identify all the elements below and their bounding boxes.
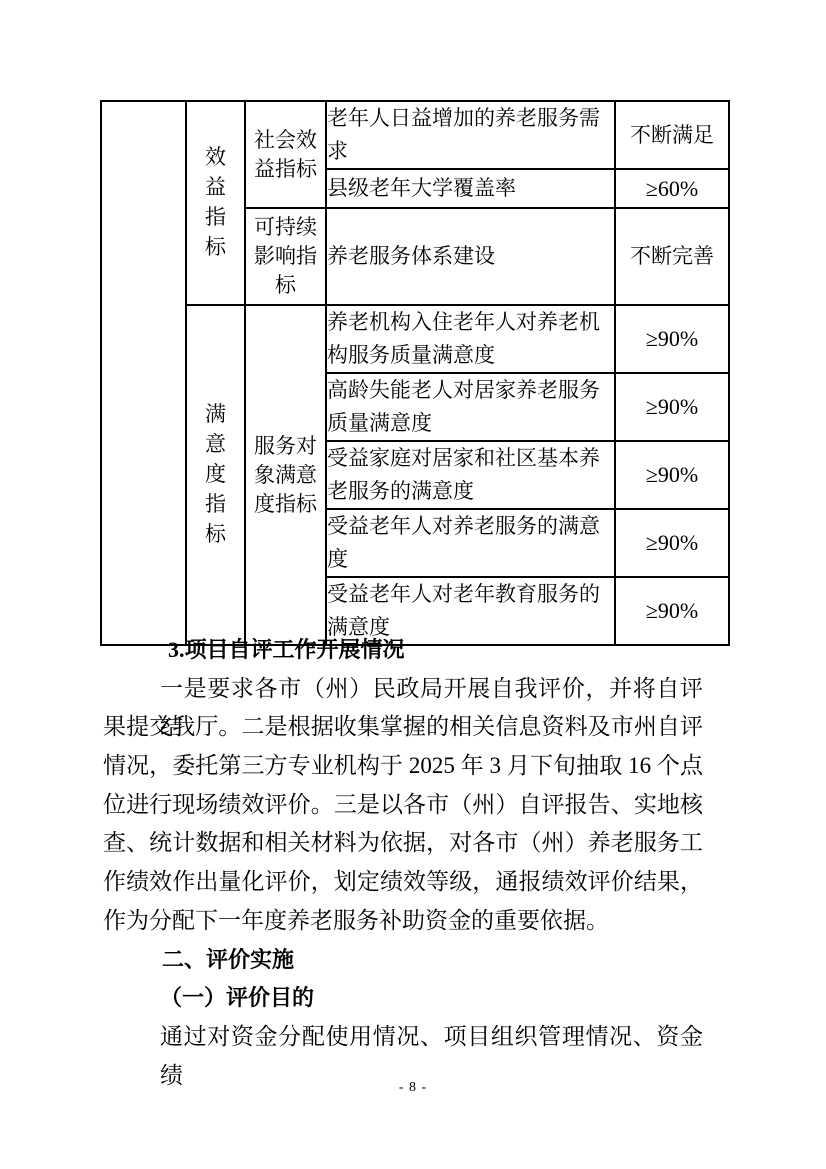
paragraph-line: 作绩效作出量化评价，划定绩效等级，通报绩效评价结果， xyxy=(103,863,703,902)
section-heading-3: 3.项目自评工作开展情况 xyxy=(103,631,703,670)
paragraph-line: 情况，委托第三方专业机构于 2025 年 3 月下旬抽取 16 个点 xyxy=(103,747,703,786)
target-cell: ≥90% xyxy=(615,305,729,373)
group-benefit-char: 指 xyxy=(187,203,244,233)
group-satisfaction-char: 度 xyxy=(187,460,244,490)
target-value: ≥90% xyxy=(646,326,698,351)
subgroup-social-line: 益指标 xyxy=(246,155,325,184)
paragraph-line: 果提交我厅。二是根据收集掌握的相关信息资料及市州自评 xyxy=(103,708,703,747)
subgroup-sustainable-line: 可持续 xyxy=(246,213,325,242)
paragraph-line: 查、统计数据和相关材料为依据，对各市（州）养老服务工 xyxy=(103,824,703,863)
subgroup-sustainable-line: 标 xyxy=(246,271,325,300)
table-row: 效 益 指 标 社会效 益指标 老年人日益增加的养老服务需求 不断满足 xyxy=(101,101,729,169)
group-benefit-cell: 效 益 指 标 xyxy=(186,101,245,305)
target-value: ≥60% xyxy=(646,176,698,201)
target-value: ≥90% xyxy=(646,598,698,623)
page-number: - 8 - xyxy=(0,1080,826,1096)
group-benefit-char: 效 xyxy=(187,143,244,173)
table-row: 满 意 度 指 标 服务对 象满意 度指标 养老机构入住老年人对养老机构服务质量… xyxy=(101,305,729,373)
body-text: 3.项目自评工作开展情况 一是要求各市（州）民政局开展自我评价，并将自评结 果提… xyxy=(103,631,703,1057)
target-value: ≥90% xyxy=(646,530,698,555)
target-cell: ≥60% xyxy=(615,169,729,208)
subgroup-sustainable-line: 影响指 xyxy=(246,242,325,271)
indicator-table: 效 益 指 标 社会效 益指标 老年人日益增加的养老服务需求 不断满足 县级老年… xyxy=(100,100,730,646)
subgroup-service-line: 度指标 xyxy=(246,490,325,519)
target-cell: ≥90% xyxy=(615,373,729,441)
indicator-cell: 受益老年人对养老服务的满意度 xyxy=(326,509,615,577)
group-benefit-char: 益 xyxy=(187,173,244,203)
indicator-cell: 养老机构入住老年人对养老机构服务质量满意度 xyxy=(326,305,615,373)
subgroup-sustainable-cell: 可持续 影响指 标 xyxy=(245,208,326,305)
group-satisfaction-char: 标 xyxy=(187,520,244,550)
document-page: 效 益 指 标 社会效 益指标 老年人日益增加的养老服务需求 不断满足 县级老年… xyxy=(0,0,826,1169)
category-empty-cell xyxy=(101,101,186,645)
target-value: ≥90% xyxy=(646,462,698,487)
target-value: ≥90% xyxy=(646,394,698,419)
indicator-cell: 养老服务体系建设 xyxy=(326,208,615,305)
section-heading-2: 二、评价实施 xyxy=(103,941,703,980)
subgroup-service-cell: 服务对 象满意 度指标 xyxy=(245,305,326,645)
subgroup-service-line: 象满意 xyxy=(246,461,325,490)
paragraph-line: 位进行现场绩效评价。三是以各市（州）自评报告、实地核 xyxy=(103,786,703,825)
paragraph-line: 通过对资金分配使用情况、项目组织管理情况、资金绩 xyxy=(103,1018,703,1057)
group-satisfaction-char: 意 xyxy=(187,430,244,460)
group-satisfaction-char: 指 xyxy=(187,490,244,520)
indicator-cell: 受益家庭对居家和社区基本养老服务的满意度 xyxy=(326,441,615,509)
subgroup-social-line: 社会效 xyxy=(246,126,325,155)
indicator-cell: 老年人日益增加的养老服务需求 xyxy=(326,101,615,169)
indicator-cell: 县级老年大学覆盖率 xyxy=(326,169,615,208)
target-cell: 不断完善 xyxy=(615,208,729,305)
paragraph-line: 一是要求各市（州）民政局开展自我评价，并将自评结 xyxy=(103,670,703,709)
target-cell: ≥90% xyxy=(615,441,729,509)
target-cell: 不断满足 xyxy=(615,101,729,169)
subgroup-social-cell: 社会效 益指标 xyxy=(245,101,326,208)
group-satisfaction-cell: 满 意 度 指 标 xyxy=(186,305,245,645)
group-benefit-char: 标 xyxy=(187,233,244,263)
paragraph-line: 作为分配下一年度养老服务补助资金的重要依据。 xyxy=(103,902,703,941)
indicator-cell: 高龄失能老人对居家养老服务质量满意度 xyxy=(326,373,615,441)
section-subheading: （一）评价目的 xyxy=(103,979,703,1018)
subgroup-service-line: 服务对 xyxy=(246,432,325,461)
group-satisfaction-char: 满 xyxy=(187,400,244,430)
target-cell: ≥90% xyxy=(615,509,729,577)
